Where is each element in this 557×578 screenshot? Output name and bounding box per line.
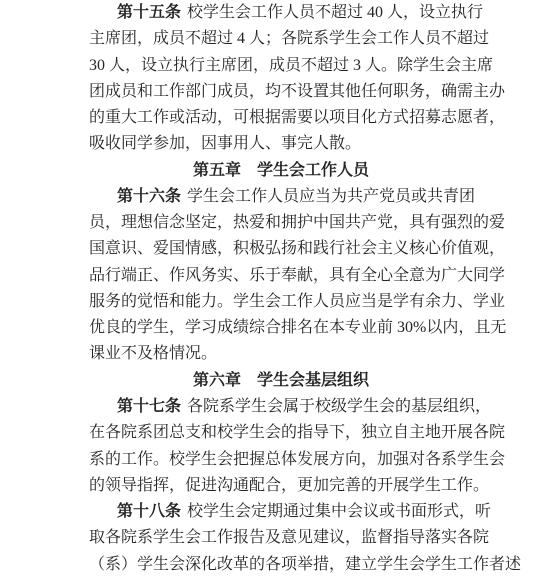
- text-line: 优良的学生，学习成绩综合排名在本专业前 30%以内，且无: [89, 315, 473, 341]
- text-line: 吸收同学参加，因事用人、事完人散。: [89, 131, 473, 157]
- article-number: 第十八条: [117, 503, 181, 520]
- line-text: 课业不及格情况。: [89, 345, 217, 362]
- line-text: 团成员和工作部门成员，均不设置其他任何职务，确需主办: [89, 83, 505, 100]
- text-line: 第十七条各院系学生会属于校级学生会的基层组织，: [89, 394, 473, 420]
- line-text: 品行端正、作风务实、乐于奉献，具有全心全意为广大同学: [89, 267, 505, 284]
- line-text: 在各院系团总支和校学生会的指导下，独立自主地开展各院: [89, 424, 505, 441]
- chapter-heading: 第六章 学生会基层组织: [89, 368, 473, 394]
- text-line: （系）学生会深化改革的各项举措，建立学生会学生工作者述: [89, 552, 473, 578]
- line-text: （系）学生会深化改革的各项举措，建立学生会学生工作者述: [89, 556, 521, 573]
- text-line: 系的工作。校学生会把握总体发展方向，加强对各系学生会: [89, 447, 473, 473]
- text-line: 品行端正、作风务实、乐于奉献，具有全心全意为广大同学: [89, 263, 473, 289]
- text-line: 课业不及格情况。: [89, 341, 473, 367]
- line-text: 取各院系学生会工作报告及意见建议，监督指导落实各院: [89, 529, 489, 546]
- chapter-heading: 第五章 学生会工作人员: [89, 158, 473, 184]
- line-text: 员，理想信念坚定，热爱和拥护中国共产党，具有强烈的爱: [89, 214, 505, 231]
- text-line: 主席团，成员不超过 4 人；各院系学生会工作人员不超过: [89, 26, 473, 52]
- line-text: 优良的学生，学习成绩综合排名在本专业前 30%以内，且无: [89, 319, 506, 336]
- article-number: 第十六条: [117, 188, 181, 205]
- text-line: 服务的觉悟和能力。学生会工作人员应当是学有余力、学业: [89, 289, 473, 315]
- line-text: 的重大工作或活动，可根据需要以项目化方式招募志愿者，: [89, 109, 505, 126]
- text-line: 国意识、爱国情感，积极弘扬和践行社会主义核心价值观，: [89, 236, 473, 262]
- text-line: 的重大工作或活动，可根据需要以项目化方式招募志愿者，: [89, 105, 473, 131]
- document-body: 第十五条校学生会工作人员不超过 40 人，设立执行主席团，成员不超过 4 人；各…: [89, 0, 473, 578]
- line-text: 吸收同学参加，因事用人、事完人散。: [89, 135, 361, 152]
- text-line: 第十五条校学生会工作人员不超过 40 人，设立执行: [89, 0, 473, 26]
- text-line: 第十八条校学生会定期通过集中会议或书面形式，听: [89, 499, 473, 525]
- text-line: 第十六条学生会工作人员应当为共产党员或共青团: [89, 184, 473, 210]
- line-text: 的领导指挥，促进沟通配合，更加完善的开展学生工作。: [89, 477, 489, 494]
- document-page: 第十五条校学生会工作人员不超过 40 人，设立执行主席团，成员不超过 4 人；各…: [0, 0, 557, 578]
- line-text: 校学生会工作人员不超过 40 人，设立执行: [187, 4, 483, 21]
- line-text: 服务的觉悟和能力。学生会工作人员应当是学有余力、学业: [89, 293, 505, 310]
- line-text: 主席团，成员不超过 4 人；各院系学生会工作人员不超过: [89, 30, 489, 47]
- line-text: 校学生会定期通过集中会议或书面形式，听: [187, 503, 491, 520]
- line-text: 国意识、爱国情感，积极弘扬和践行社会主义核心价值观，: [89, 240, 505, 257]
- line-text: 系的工作。校学生会把握总体发展方向，加强对各系学生会: [89, 451, 505, 468]
- line-text: 各院系学生会属于校级学生会的基层组织，: [187, 398, 491, 415]
- line-text: 30 人，设立执行主席团，成员不超过 3 人。除学生会主席: [89, 57, 493, 74]
- text-line: 在各院系团总支和校学生会的指导下，独立自主地开展各院: [89, 420, 473, 446]
- text-line: 员，理想信念坚定，热爱和拥护中国共产党，具有强烈的爱: [89, 210, 473, 236]
- article-number: 第十七条: [117, 398, 181, 415]
- text-line: 取各院系学生会工作报告及意见建议，监督指导落实各院: [89, 525, 473, 551]
- text-line: 的领导指挥，促进沟通配合，更加完善的开展学生工作。: [89, 473, 473, 499]
- text-line: 30 人，设立执行主席团，成员不超过 3 人。除学生会主席: [89, 53, 473, 79]
- text-line: 团成员和工作部门成员，均不设置其他任何职务，确需主办: [89, 79, 473, 105]
- article-number: 第十五条: [117, 4, 181, 21]
- line-text: 学生会工作人员应当为共产党员或共青团: [187, 188, 475, 205]
